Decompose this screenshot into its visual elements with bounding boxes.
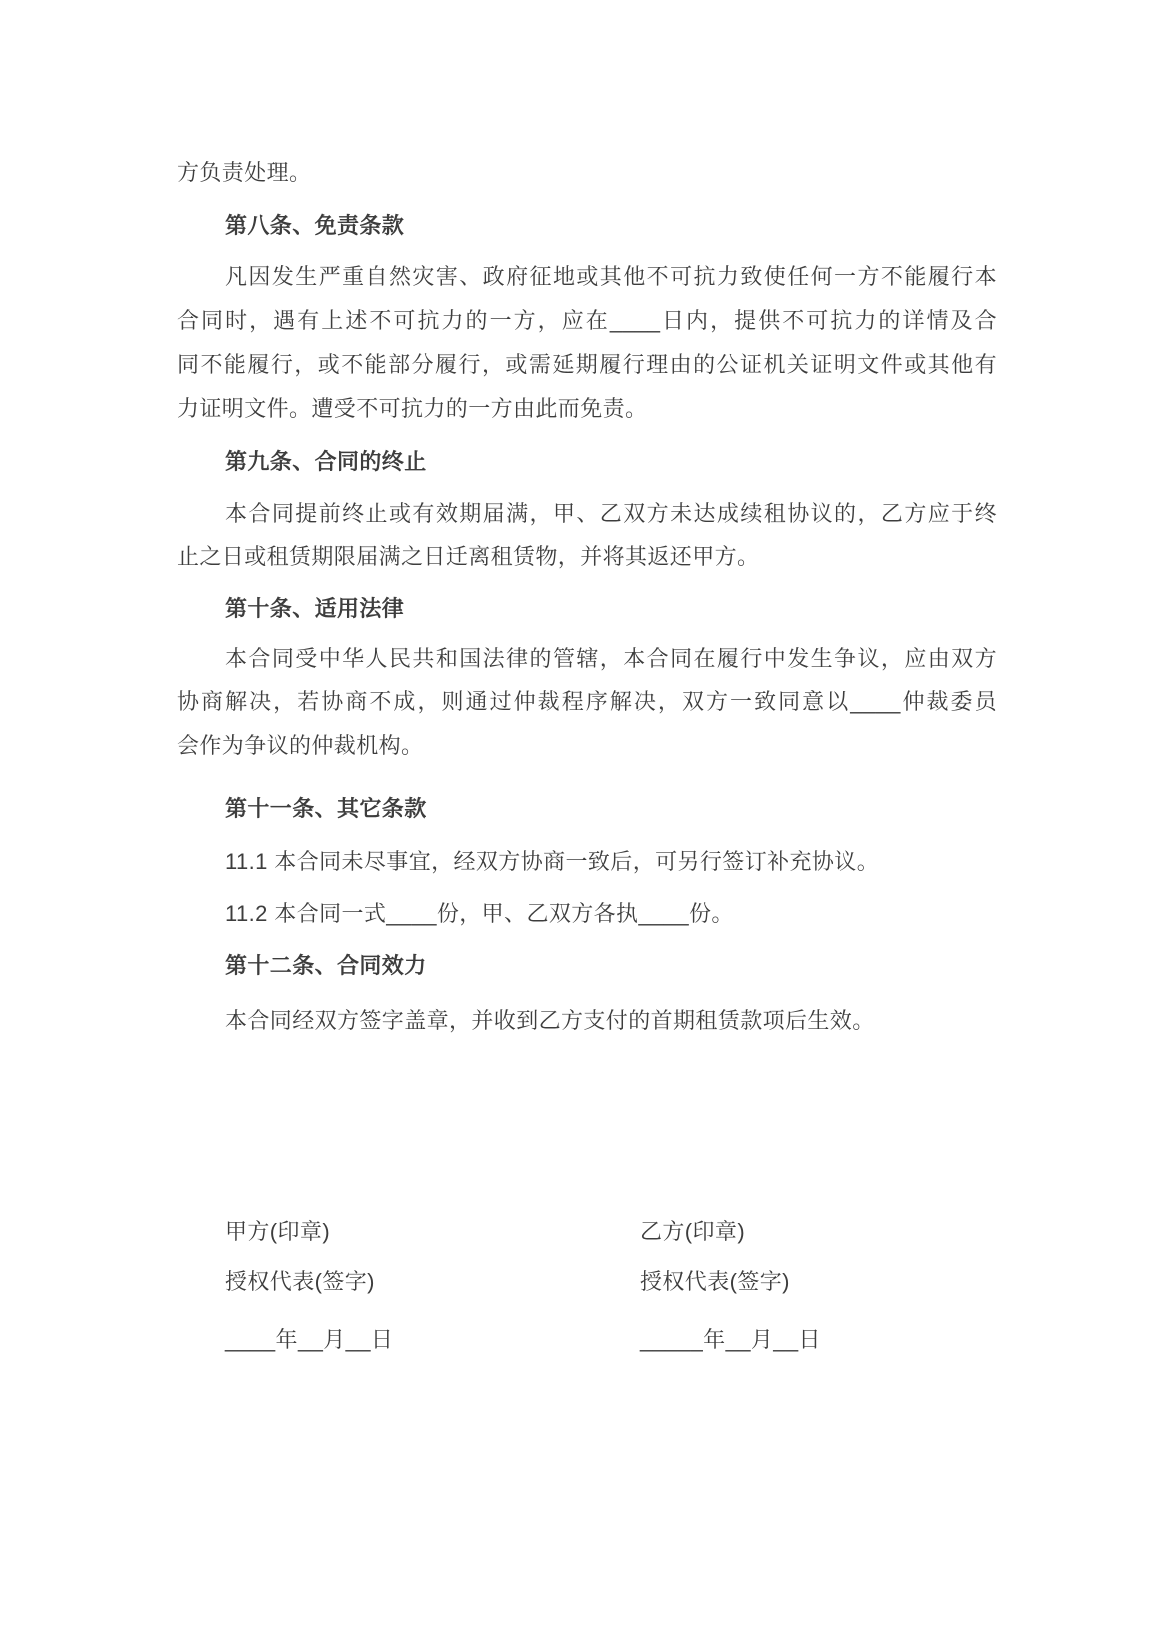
- party-b-date-blank-line: _____年__月__日: [640, 1326, 821, 1354]
- paragraph-continuation-line: 方负责处理。: [177, 159, 997, 187]
- party-a-representative-label: 授权代表(签字): [225, 1268, 375, 1296]
- article8-line-1: 凡因发生严重自然灾害、政府征地或其他不可抗力致使任何一方不能履行本: [177, 263, 997, 291]
- article12-heading: 第十二条、合同效力: [177, 952, 997, 980]
- article11-clause-1: 11.1 本合同未尽事宜，经双方协商一致后，可另行签订补充协议。: [177, 848, 997, 876]
- article10-line-3: 会作为争议的仲裁机构。: [177, 732, 997, 760]
- contract-page: 方负责处理。 第八条、免责条款 凡因发生严重自然灾害、政府征地或其他不可抗力致使…: [0, 0, 1167, 1651]
- document-viewport: { "page": { "background": "#ffffff", "te…: [0, 0, 1167, 1651]
- article11-heading: 第十一条、其它条款: [177, 795, 997, 823]
- article8-heading: 第八条、免责条款: [177, 212, 997, 240]
- article10-line-1: 本合同受中华人民共和国法律的管辖，本合同在履行中发生争议，应由双方: [177, 645, 997, 673]
- party-b-seal-label: 乙方(印章): [640, 1218, 745, 1246]
- article9-heading: 第九条、合同的终止: [177, 448, 997, 476]
- party-a-seal-label: 甲方(印章): [225, 1218, 330, 1246]
- article11-clause-2: 11.2 本合同一式____份，甲、乙双方各执____份。: [177, 900, 997, 928]
- article8-line-4: 力证明文件。遭受不可抗力的一方由此而免责。: [177, 395, 997, 423]
- party-a-date-blank-line: ____年__月__日: [225, 1326, 393, 1354]
- article8-line-3: 同不能履行，或不能部分履行，或需延期履行理由的公证机关证明文件或其他有: [177, 351, 997, 379]
- party-b-representative-label: 授权代表(签字): [640, 1268, 790, 1296]
- article8-line-2: 合同时，遇有上述不可抗力的一方，应在____日内，提供不可抗力的详情及合: [177, 307, 997, 335]
- article10-line-2: 协商解决，若协商不成，则通过仲裁程序解决，双方一致同意以____仲裁委员: [177, 688, 997, 716]
- article9-line-1: 本合同提前终止或有效期届满，甲、乙双方未达成续租协议的，乙方应于终: [177, 500, 997, 528]
- article10-heading: 第十条、适用法律: [177, 595, 997, 623]
- article12-line-1: 本合同经双方签字盖章，并收到乙方支付的首期租赁款项后生效。: [177, 1007, 997, 1035]
- article9-line-2: 止之日或租赁期限届满之日迁离租赁物，并将其返还甲方。: [177, 543, 997, 571]
